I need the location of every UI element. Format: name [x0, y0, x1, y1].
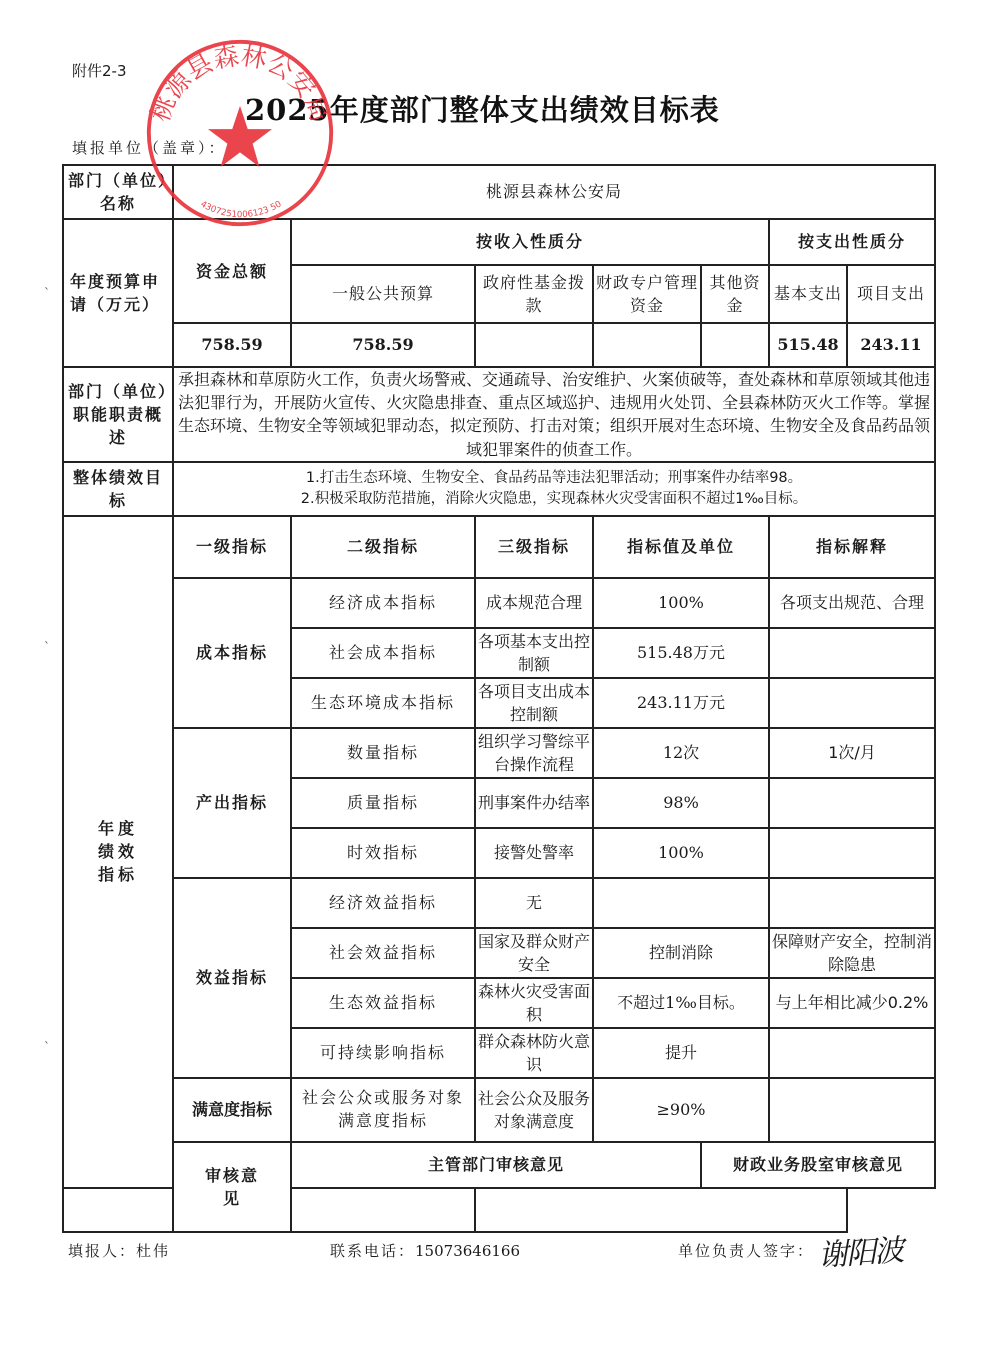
filler-info: 填报人：杜伟 [68, 1240, 170, 1261]
signature-label: 单位负责人签字： [678, 1240, 814, 1261]
level2: 生态效益指标 [291, 978, 475, 1028]
budget-header-row: 年度预算申请（万元） 资金总额 按收入性质分 按支出性质分 [63, 219, 935, 265]
general-budget-value: 758.59 [291, 323, 475, 367]
col-level3: 三级指标 [475, 516, 593, 578]
finance-review-label: 财政业务股室审核意见 [701, 1142, 935, 1188]
col-explanation: 指标解释 [769, 516, 935, 578]
indicator-explanation: 1次/月 [769, 728, 935, 778]
indicator-value: 100% [593, 828, 769, 878]
level3: 刑事案件办结率 [475, 778, 593, 828]
indicator-value: 12次 [593, 728, 769, 778]
level2: 经济成本指标 [291, 578, 475, 628]
other-funds-value [701, 323, 769, 367]
indicator-value: 515.48万元 [593, 628, 769, 678]
col-level1: 一级指标 [173, 516, 291, 578]
level3: 国家及群众财产安全 [475, 928, 593, 978]
level3: 接警处警率 [475, 828, 593, 878]
goal-line-1: 1.打击生态环境、生物安全、食品药品等违法犯罪活动；刑事案件办结率98。 [176, 468, 932, 489]
level2: 社会效益指标 [291, 928, 475, 978]
overall-goal-label: 整体绩效目标 [63, 462, 173, 516]
level3: 各项基本支出控制额 [475, 628, 593, 678]
level3: 群众森林防火意识 [475, 1028, 593, 1078]
col-other-funds: 其他资金 [701, 265, 769, 323]
page-title: 2025年度部门整体支出绩效目标表 [245, 88, 720, 129]
filler-label: 填报人： [68, 1242, 136, 1260]
signature: 谢阳波 [817, 1225, 904, 1275]
indicator-value: 98% [593, 778, 769, 828]
supervisor-opinion-field[interactable] [63, 1188, 475, 1232]
level2: 社会成本指标 [291, 628, 475, 678]
level3: 各项目支出成本控制额 [475, 678, 593, 728]
functions-text: 承担森林和草原防火工作，负责火场警戒、交通疏导、治安维护、火案侦破等，查处森林和… [173, 367, 935, 462]
phone-number: 15073646166 [415, 1242, 520, 1260]
col-general-budget: 一般公共预算 [291, 265, 475, 323]
indicator-value [593, 878, 769, 928]
level2: 可持续影响指标 [291, 1028, 475, 1078]
indicator-row: 满意度指标 社会公众或服务对象满意度指标 社会公众及服务对象满意度 ≥90% [63, 1078, 935, 1142]
level3: 成本规范合理 [475, 578, 593, 628]
functions-row: 部门（单位）职能职责概述 承担森林和草原防火工作，负责火场警戒、交通疏导、治安维… [63, 367, 935, 462]
col-basic-expense: 基本支出 [769, 265, 847, 323]
level1-satisfaction: 满意度指标 [173, 1078, 291, 1142]
total-label: 资金总额 [173, 219, 291, 323]
indicator-value: 100% [593, 578, 769, 628]
indicator-row: 效益指标 经济效益指标 无 [63, 878, 935, 928]
level2: 生态环境成本指标 [291, 678, 475, 728]
indicator-row: 产出指标 数量指标 组织学习警综平台操作流程 12次 1次/月 [63, 728, 935, 778]
gov-fund-value [475, 323, 593, 367]
indicator-explanation [769, 778, 935, 828]
level1-benefit: 效益指标 [173, 878, 291, 1078]
project-expense-value: 243.11 [847, 323, 935, 367]
indicator-explanation: 保障财产安全，控制消除隐患 [769, 928, 935, 978]
fill-unit-label: 填报单位（盖章）： [72, 137, 227, 158]
scan-mark: ` [44, 1040, 50, 1054]
special-account-value [593, 323, 701, 367]
department-label: 部门（单位）名称 [63, 165, 173, 219]
phone-label: 联系电话： [330, 1242, 415, 1260]
department-row: 部门（单位）名称 桃源县森林公安局 [63, 165, 935, 219]
indicator-explanation [769, 628, 935, 678]
indicator-value: 提升 [593, 1028, 769, 1078]
department-name: 桃源县森林公安局 [173, 165, 935, 219]
performance-table: 部门（单位）名称 桃源县森林公安局 年度预算申请（万元） 资金总额 按收入性质分… [62, 164, 936, 1233]
indicator-explanation [769, 828, 935, 878]
level1-output: 产出指标 [173, 728, 291, 878]
level3: 组织学习警综平台操作流程 [475, 728, 593, 778]
indicator-explanation: 与上年相比减少0.2% [769, 978, 935, 1028]
level2: 时效指标 [291, 828, 475, 878]
review-header-row: 审核意见 主管部门审核意见 财政业务股室审核意见 [63, 1142, 935, 1188]
scan-mark: ` [44, 286, 50, 300]
col-value: 指标值及单位 [593, 516, 769, 578]
level3: 社会公众及服务对象满意度 [475, 1078, 593, 1142]
indicator-value: 不超过1‰目标。 [593, 978, 769, 1028]
indicator-explanation [769, 1028, 935, 1078]
indicators-header-row: 年度绩效指标 一级指标 二级指标 三级指标 指标值及单位 指标解释 [63, 516, 935, 578]
indicator-value: 243.11万元 [593, 678, 769, 728]
by-expense-label: 按支出性质分 [769, 219, 935, 265]
level2: 社会公众或服务对象满意度指标 [291, 1078, 475, 1142]
budget-label: 年度预算申请（万元） [63, 219, 173, 367]
filler-name: 杜伟 [136, 1242, 170, 1260]
indicator-value: 控制消除 [593, 928, 769, 978]
attachment-label: 附件2-3 [72, 60, 127, 81]
indicator-value: ≥90% [593, 1078, 769, 1142]
phone-info: 联系电话：15073646166 [330, 1240, 520, 1261]
goal-line-2: 2.积极采取防范措施，消除火灾隐患，实现森林火灾受害面积不超过1‰目标。 [176, 489, 932, 510]
overall-goal-row: 整体绩效目标 1.打击生态环境、生物安全、食品药品等违法犯罪活动；刑事案件办结率… [63, 462, 935, 516]
scan-mark: ` [44, 640, 50, 654]
level2: 经济效益指标 [291, 878, 475, 928]
by-income-label: 按收入性质分 [291, 219, 769, 265]
col-special-account: 财政专户管理资金 [593, 265, 701, 323]
finance-opinion-field[interactable] [475, 1188, 847, 1232]
col-gov-fund: 政府性基金拨款 [475, 265, 593, 323]
basic-expense-value: 515.48 [769, 323, 847, 367]
indicator-explanation [769, 678, 935, 728]
review-content-row [63, 1188, 935, 1232]
level3: 无 [475, 878, 593, 928]
budget-values-row: 758.59 758.59 515.48 243.11 [63, 323, 935, 367]
col-level2: 二级指标 [291, 516, 475, 578]
level2: 质量指标 [291, 778, 475, 828]
indicator-explanation [769, 1078, 935, 1142]
indicator-row: 成本指标 经济成本指标 成本规范合理 100% 各项支出规范、合理 [63, 578, 935, 628]
functions-label: 部门（单位）职能职责概述 [63, 367, 173, 462]
supervisor-review-label: 主管部门审核意见 [291, 1142, 701, 1188]
total-value: 758.59 [173, 323, 291, 367]
level2: 数量指标 [291, 728, 475, 778]
indicator-explanation [769, 878, 935, 928]
col-project-expense: 项目支出 [847, 265, 935, 323]
indicator-explanation: 各项支出规范、合理 [769, 578, 935, 628]
level3: 森林火灾受害面积 [475, 978, 593, 1028]
level1-cost: 成本指标 [173, 578, 291, 728]
indicators-section-label: 年度绩效指标 [63, 516, 173, 1188]
